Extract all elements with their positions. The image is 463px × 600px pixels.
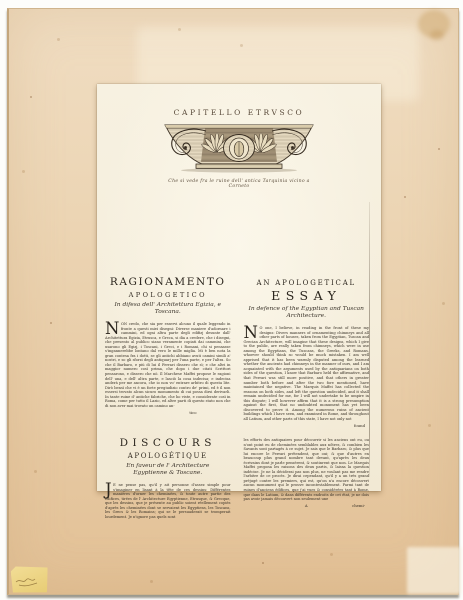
engraving-caption: Che si vede fra le ruine dell' antica Ta…: [159, 179, 319, 189]
foxing-dot: [262, 562, 264, 564]
italian-column: RAGIONAMENTO APOLOGETICO In difesa dell'…: [105, 276, 231, 428]
english-heading: ESSAY: [244, 288, 370, 303]
foxing-dot: [330, 553, 333, 556]
foxing-dot: [404, 196, 406, 198]
french-subheading: APOLOGÉTIQUE: [105, 452, 231, 460]
foxing-dot: [150, 580, 153, 583]
foxing-dot: [50, 322, 52, 324]
english-catchword-line: found: [244, 423, 370, 428]
print-sheet: CAPITELLO ETRVSCO: [97, 84, 381, 491]
french-left-column: DISCOURS APOLOGÉTIQUE En faveur de l' Ar…: [105, 437, 231, 519]
english-column: AN APOLOGETICAL ESSAY In defence of the …: [244, 276, 370, 428]
etruscan-capital-illustration: [159, 119, 319, 173]
italian-heading: RAGIONAMENTO: [105, 276, 231, 288]
pencil-scribble: [13, 570, 45, 590]
french-signature-line: A chemi-: [244, 503, 370, 508]
foxing-dot: [178, 28, 181, 31]
english-body-text: NO one, I believe, in reading in the fro…: [244, 326, 370, 421]
foxing-dot: [57, 38, 60, 41]
french-dropcap: J: [105, 483, 113, 497]
catchword: found: [354, 423, 365, 428]
french-body-text: JE ne pense pas, qu'il y ait personne d'…: [105, 483, 231, 519]
foxing-dot: [438, 148, 440, 150]
italian-subheading: APOLOGETICO: [105, 291, 231, 299]
italian-catchword-line: tico: [105, 410, 231, 415]
french-subtitle: En faveur de l' Architecture Egyptienne …: [109, 463, 227, 477]
italian-subtitle: In difesa dell' Architettura Egizia, e T…: [109, 302, 227, 316]
english-dropcap: N: [244, 326, 260, 340]
foxing-dot: [240, 44, 243, 47]
foxing-dot: [428, 424, 431, 427]
french-right-column: les efforts des antiquaires pour découvr…: [244, 437, 370, 519]
photograph-of-matted-print: CAPITELLO ETRVSCO: [0, 0, 463, 600]
italian-body-text: NON credo, che sia per esservi alcuno il…: [105, 322, 231, 408]
french-heading: DISCOURS: [105, 437, 231, 449]
foxing-dot: [30, 96, 32, 98]
italian-dropcap: N: [105, 322, 121, 336]
signature-mark: A: [244, 503, 370, 508]
foxing-dot: [22, 170, 25, 173]
french-continuation-text: les efforts des antiquaires pour découvr…: [244, 438, 370, 502]
upper-two-column-section: RAGIONAMENTO APOLOGETICO In difesa dell'…: [105, 276, 369, 428]
lower-two-column-section: DISCOURS APOLOGÉTIQUE En faveur de l' Ar…: [105, 437, 369, 519]
tape-residue-patch: [407, 547, 461, 594]
catchword: tico: [189, 410, 196, 415]
stain-top-right-small: [430, 30, 444, 40]
foxing-dot: [34, 470, 37, 473]
catchword: chemi-: [352, 503, 365, 508]
english-heading-over: AN APOLOGETICAL: [244, 279, 370, 287]
plate-title: CAPITELLO ETRVSCO: [97, 108, 381, 117]
english-subtitle: In defence of the Egyptian and Tuscan Ar…: [247, 306, 365, 320]
etruscan-capital-engraving: Che si vede fra le ruine dell' antica Ta…: [159, 119, 319, 189]
foxing-dot: [442, 302, 445, 305]
